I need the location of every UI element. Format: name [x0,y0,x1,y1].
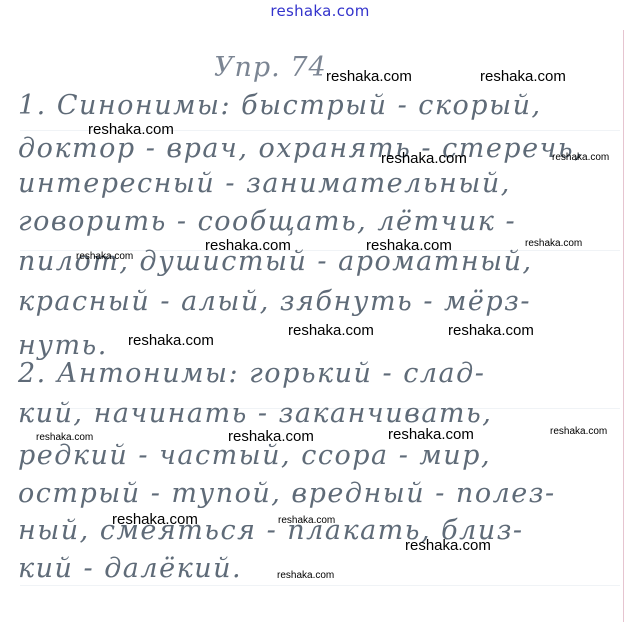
watermark: reshaka.com [550,426,607,437]
site-header-link[interactable]: reshaka.com [0,2,640,20]
watermark: reshaka.com [525,238,582,249]
text-line: кий, начинать - заканчивать, [18,398,492,429]
watermark: reshaka.com [448,322,534,339]
watermark: reshaka.com [36,432,93,443]
watermark: reshaka.com [205,237,291,254]
text-line: интересный - занимательный, [18,168,511,199]
watermark: reshaka.com [480,68,566,85]
watermark: reshaka.com [366,237,452,254]
text-line: острый - тупой, вредный - полез- [18,478,556,509]
text-line: нуть. [18,330,108,361]
watermark: reshaka.com [288,322,374,339]
notebook-margin-line [623,30,624,622]
watermark: reshaka.com [326,68,412,85]
ruled-line [20,585,620,586]
watermark: reshaka.com [112,511,198,528]
text-line: кий - далёкий. [18,553,242,584]
watermark: reshaka.com [278,515,335,526]
text-line: 1. Синонимы: быстрый - скорый, [18,90,542,121]
text-line: красный - алый, зябнуть - мёрз- [18,286,531,317]
watermark: reshaka.com [552,152,609,163]
watermark: reshaka.com [88,121,174,138]
watermark: reshaka.com [228,428,314,445]
exercise-title: Упр. 74 [214,52,327,83]
watermark: reshaka.com [388,426,474,443]
watermark: reshaka.com [381,150,467,167]
watermark: reshaka.com [128,332,214,349]
watermark: reshaka.com [76,251,133,262]
watermark: reshaka.com [405,537,491,554]
text-line: говорить - сообщать, лётчик - [18,206,516,237]
text-line: 2. Антонимы: горький - слад- [18,358,485,389]
watermark: reshaka.com [277,570,334,581]
